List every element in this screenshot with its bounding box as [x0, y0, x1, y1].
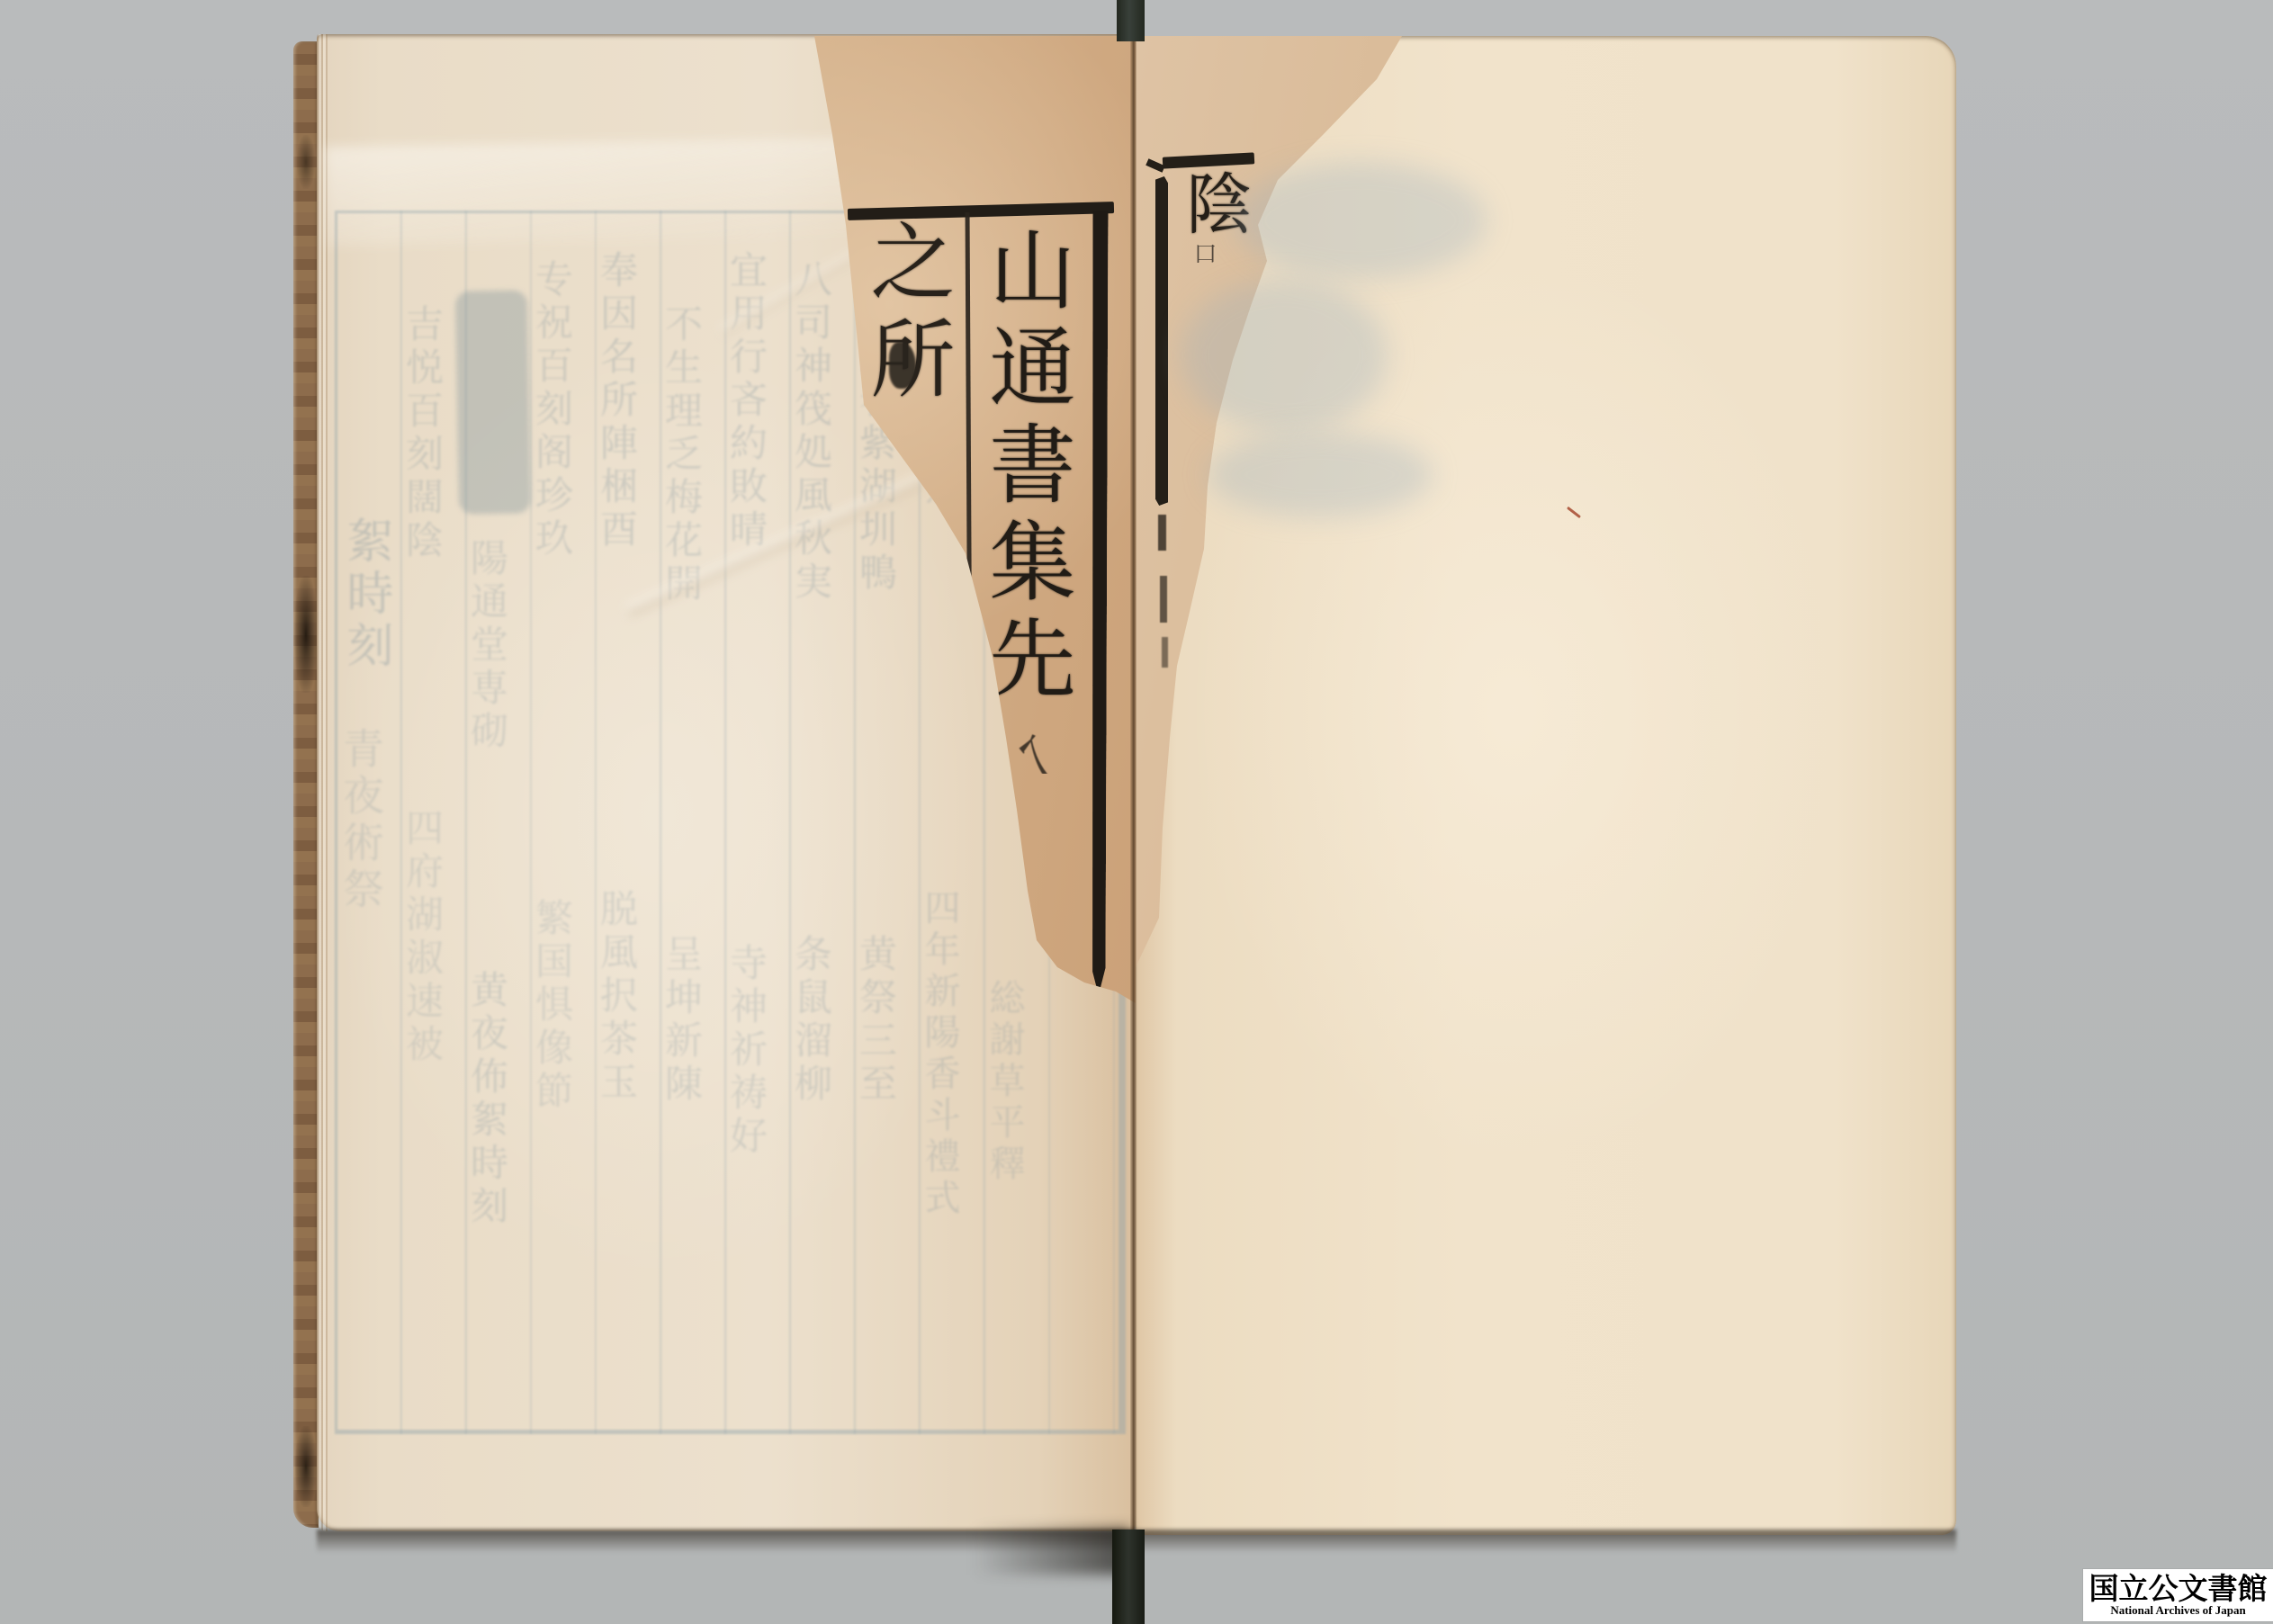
watermark-japanese-text: 国立公文書館	[2089, 1574, 2268, 1603]
blue-smudge	[1181, 279, 1388, 432]
spine-worm-damage	[297, 135, 315, 189]
printed-border-remnant	[1162, 637, 1168, 668]
bleedthrough-column: 不生理乏梅花開	[662, 304, 700, 606]
printed-frame-corner	[1163, 152, 1255, 168]
scanned-book-spread: 絮時刻青夜術祭吉悦百刻闊陰四府湖淑速被陽通堂専砌黄夜佈絮時刻专祝百刻阁珍玖繁国惧…	[0, 0, 2273, 1624]
spine-worm-damage	[294, 576, 318, 693]
book-spine-edge	[293, 41, 319, 1528]
blue-smudge	[1235, 162, 1487, 279]
bleedthrough-column: 寺神祈祷好	[727, 943, 765, 1159]
ink-remnant-speck	[889, 342, 916, 389]
bleedthrough-column: 脱風択茶玉	[597, 889, 635, 1105]
binding-cord-bottom	[1112, 1530, 1145, 1624]
printed-border-remnant	[1158, 515, 1166, 551]
fragment-small-mark: 口	[1191, 241, 1215, 265]
spine-worm-damage	[295, 1426, 317, 1507]
printed-frame-left-border	[1155, 176, 1168, 506]
bleedthrough-column: 四年新陽香斗禮式	[921, 889, 957, 1220]
bleedthrough-column: 総謝草平釋	[986, 979, 1022, 1186]
bleedthrough-column: 奉因名所陣梱酉	[597, 250, 635, 552]
left-page: 絮時刻青夜術祭吉悦百刻闊陰四府湖淑速被陽通堂専砌黄夜佈絮時刻专祝百刻阁珍玖繁国惧…	[317, 34, 1136, 1531]
torn-leaf-fragment: 陰 口	[1136, 36, 1956, 1535]
bleedthrough-column: 陽通堂専砌	[468, 538, 506, 754]
binding-cord-top	[1117, 0, 1145, 41]
red-fiber-mark	[1567, 507, 1581, 518]
printed-border-remnant	[1160, 576, 1167, 623]
bleedthrough-column: 黄祭三至	[857, 934, 894, 1107]
bleedthrough-column: 呈坤新陳	[662, 934, 700, 1107]
watermark-english-text: National Archives of Japan	[2110, 1603, 2245, 1618]
bleedthrough-column: 繁国惧像節	[533, 898, 570, 1114]
bleedthrough-column: 八司神筏処風秋実	[792, 259, 830, 605]
printed-title-column-text: 山通書集先	[983, 225, 1069, 711]
archive-watermark: 国立公文書館 National Archives of Japan	[2083, 1569, 2273, 1621]
bleedthrough-column: 青夜術祭	[340, 727, 382, 914]
bleedthrough-column: 四府湖淑速被	[403, 808, 441, 1067]
bleedthrough-column: 条鼠溜柳	[792, 934, 830, 1107]
bleedthrough-column: 黄夜佈絮時刻	[468, 970, 506, 1229]
bleedthrough-column: 宜用行吝約敗晴	[727, 250, 765, 552]
bleedthrough-column: 吉悦百刻闊陰	[403, 304, 441, 563]
cord-shadow	[972, 1528, 1129, 1575]
printed-frame-right-border	[1090, 211, 1108, 995]
blue-smudge	[1208, 432, 1433, 517]
bleedthrough-column: 专祝百刻阁珍玖	[533, 259, 570, 561]
center-fold	[1130, 36, 1136, 1531]
bleedthrough-column: 絮時刻	[342, 516, 389, 673]
right-page: 陰 口	[1136, 36, 1956, 1535]
